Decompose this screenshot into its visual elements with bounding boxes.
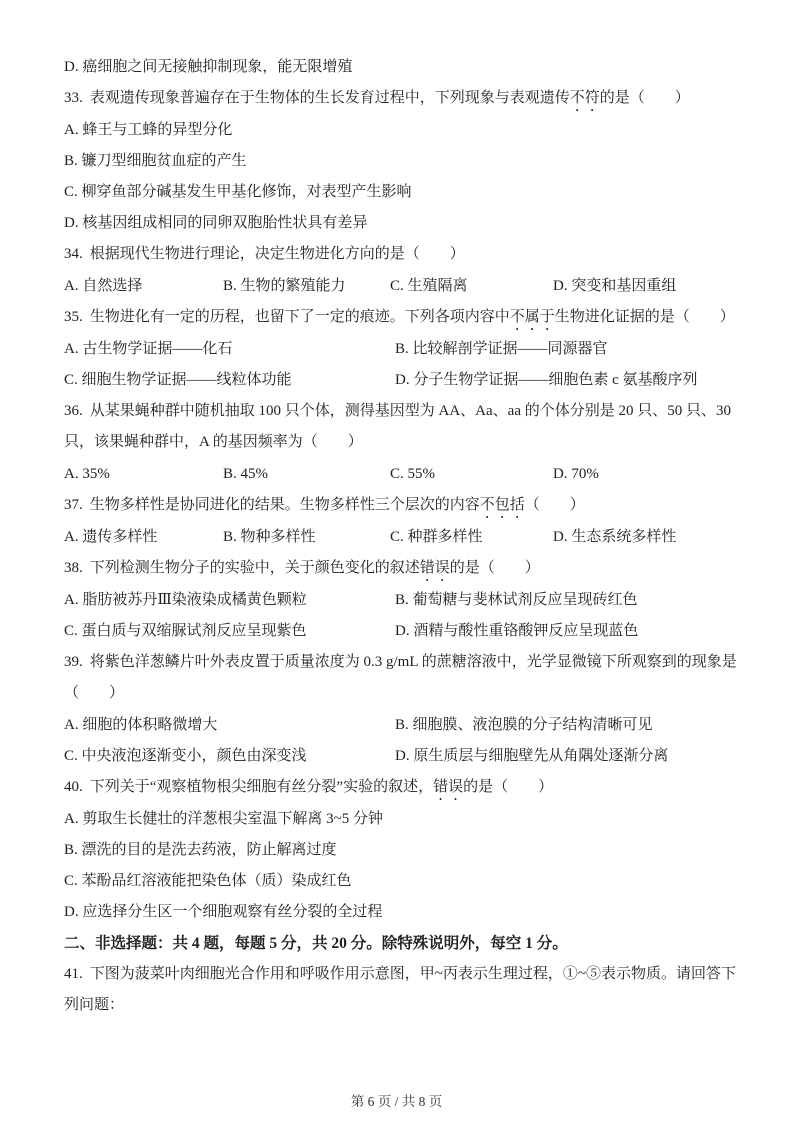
option-b: B. 漂洗的目的是洗去药液，防止解离过度 [64, 835, 740, 866]
question-number: 33. [64, 90, 83, 106]
options: A. 35% B. 45% C. 55% D. 70% [64, 459, 740, 490]
question-number: 40. [64, 779, 83, 795]
question-stem: 37.生物多样性是协同进化的结果。生物多样性三个层次的内容不包括（ ） [64, 490, 740, 522]
question-40: 40.下列关于“观察植物根尖细胞有丝分裂”实验的叙述，错误的是（ ） A. 剪取… [64, 772, 740, 928]
option-a: A. 遗传多样性 [64, 522, 223, 553]
option-d: D. 突变和基因重组 [553, 271, 740, 302]
option-a: A. 古生物学证据——化石 [64, 334, 395, 365]
question-number: 39. [64, 654, 83, 670]
question-number: 38. [64, 560, 83, 576]
stem-emphasis: 不属于 [510, 309, 555, 325]
question-number: 41. [64, 966, 83, 982]
option-c: C. 蛋白质与双缩脲试剂反应呈现紫色 [64, 616, 395, 647]
option-d: D. 应选择分生区一个细胞观察有丝分裂的全过程 [64, 897, 740, 928]
question-number: 37. [64, 497, 83, 513]
carryover-option-d: D. 癌细胞之间无接触抑制现象，能无限增殖 [64, 52, 740, 83]
option-c: C. 种群多样性 [390, 522, 553, 553]
options: A. 细胞的体积略微增大 B. 细胞膜、液泡膜的分子结构清晰可见 C. 中央液泡… [64, 710, 740, 772]
question-number: 35. [64, 309, 83, 325]
option-a: A. 细胞的体积略微增大 [64, 710, 395, 741]
option-d: D. 酒精与酸性重铬酸钾反应呈现蓝色 [395, 616, 740, 647]
option-d: D. 生态系统多样性 [553, 522, 740, 553]
question-41: 41.下图为菠菜叶肉细胞光合作用和呼吸作用示意图，甲~丙表示生理过程，①~⑤表示… [64, 959, 740, 1021]
option-d: D. 原生质层与细胞壁先从角隅处逐渐分离 [395, 741, 740, 772]
stem-text: 将紫色洋葱鳞片叶外表皮置于质量浓度为 0.3 g/mL 的蔗糖溶液中，光学显微镜… [64, 654, 737, 701]
question-stem: 41.下图为菠菜叶肉细胞光合作用和呼吸作用示意图，甲~丙表示生理过程，①~⑤表示… [64, 959, 740, 1021]
stem-text: （ ） [525, 497, 585, 513]
question-stem: 38.下列检测生物分子的实验中，关于颜色变化的叙述错误的是（ ） [64, 553, 740, 585]
option-d: D. 核基因组成相同的同卵双胞胎性状具有差异 [64, 208, 740, 239]
question-stem: 40.下列关于“观察植物根尖细胞有丝分裂”实验的叙述，错误的是（ ） [64, 772, 740, 804]
option-a: A. 蜂王与工蜂的异型分化 [64, 115, 740, 146]
question-stem: 35.生物进化有一定的历程，也留下了一定的痕迹。下列各项内容中不属于生物进化证据… [64, 302, 740, 334]
section-header: 二、非选择题：共 4 题，每题 5 分，共 20 分。除特殊说明外，每空 1 分… [64, 928, 740, 959]
options: A. 自然选择 B. 生物的繁殖能力 C. 生殖隔离 D. 突变和基因重组 [64, 271, 740, 302]
stem-text: 表观遗传现象普遍存在于生物体的生长发育过程中，下列现象与表观遗传 [90, 90, 570, 106]
stem-text: 下图为菠菜叶肉细胞光合作用和呼吸作用示意图，甲~丙表示生理过程，①~⑤表示物质。… [64, 966, 736, 1013]
option-d: D. 分子生物学证据——细胞色素 c 氨基酸序列 [395, 365, 740, 396]
option-b: B. 葡萄糖与斐林试剂反应呈现砖红色 [395, 585, 740, 616]
question-stem: 36.从某果蝇种群中随机抽取 100 只个体，测得基因型为 AA、Aa、aa 的… [64, 396, 740, 459]
exam-page: D. 癌细胞之间无接触抑制现象，能无限增殖 33.表观遗传现象普遍存在于生物体的… [0, 0, 793, 1122]
option-c: C. 柳穿鱼部分碱基发生甲基化修饰，对表型产生影响 [64, 177, 740, 208]
stem-emphasis: 不包括 [480, 497, 525, 513]
question-38: 38.下列检测生物分子的实验中，关于颜色变化的叙述错误的是（ ） A. 脂肪被苏… [64, 553, 740, 647]
options: A. 剪取生长健壮的洋葱根尖室温下解离 3~5 分钟 B. 漂洗的目的是洗去药液… [64, 804, 740, 928]
stem-text: 从某果蝇种群中随机抽取 100 只个体，测得基因型为 AA、Aa、aa 的个体分… [64, 403, 731, 450]
option-c: C. 苯酚品红溶液能把染色体（质）染成红色 [64, 866, 740, 897]
option-b: B. 比较解剖学证据——同源器官 [395, 334, 740, 365]
question-stem: 39.将紫色洋葱鳞片叶外表皮置于质量浓度为 0.3 g/mL 的蔗糖溶液中，光学… [64, 647, 740, 710]
option-b: B. 细胞膜、液泡膜的分子结构清晰可见 [395, 710, 740, 741]
stem-emphasis: 错误 [433, 779, 463, 795]
question-34: 34.根据现代生物进行理论，决定生物进化方向的是（ ） A. 自然选择 B. 生… [64, 239, 740, 302]
option-c: C. 55% [390, 459, 553, 490]
option-b: B. 45% [223, 459, 390, 490]
option-b: B. 物种多样性 [223, 522, 390, 553]
stem-text: 根据现代生物进行理论，决定生物进化方向的是（ ） [90, 246, 465, 262]
option-a: A. 35% [64, 459, 223, 490]
question-number: 34. [64, 246, 83, 262]
question-number: 36. [64, 403, 83, 419]
options: A. 古生物学证据——化石 B. 比较解剖学证据——同源器官 C. 细胞生物学证… [64, 334, 740, 396]
stem-text: 生物进化有一定的历程，也留下了一定的痕迹。下列各项内容中 [90, 309, 510, 325]
stem-text: 下列关于“观察植物根尖细胞有丝分裂”实验的叙述， [90, 779, 433, 795]
question-36: 36.从某果蝇种群中随机抽取 100 只个体，测得基因型为 AA、Aa、aa 的… [64, 396, 740, 490]
question-39: 39.将紫色洋葱鳞片叶外表皮置于质量浓度为 0.3 g/mL 的蔗糖溶液中，光学… [64, 647, 740, 772]
page-number-footer: 第 6 页 / 共 8 页 [0, 1090, 793, 1110]
option-b: B. 镰刀型细胞贫血症的产生 [64, 146, 740, 177]
option-c: C. 细胞生物学证据——线粒体功能 [64, 365, 395, 396]
page-content: D. 癌细胞之间无接触抑制现象，能无限增殖 33.表观遗传现象普遍存在于生物体的… [64, 52, 740, 1021]
option-b: B. 生物的繁殖能力 [223, 271, 390, 302]
stem-text: 的是（ ） [600, 90, 690, 106]
options: A. 蜂王与工蜂的异型分化 B. 镰刀型细胞贫血症的产生 C. 柳穿鱼部分碱基发… [64, 115, 740, 239]
stem-text: 下列检测生物分子的实验中，关于颜色变化的叙述 [90, 560, 420, 576]
question-stem: 33.表观遗传现象普遍存在于生物体的生长发育过程中，下列现象与表观遗传不符的是（… [64, 83, 740, 115]
option-c: C. 生殖隔离 [390, 271, 553, 302]
stem-emphasis: 错误 [420, 560, 450, 576]
question-35: 35.生物进化有一定的历程，也留下了一定的痕迹。下列各项内容中不属于生物进化证据… [64, 302, 740, 396]
stem-text: 的是（ ） [463, 779, 553, 795]
option-c: C. 中央液泡逐渐变小，颜色由深变浅 [64, 741, 395, 772]
option-a: A. 脂肪被苏丹Ⅲ染液染成橘黄色颗粒 [64, 585, 395, 616]
stem-text: 生物进化证据的是（ ） [555, 309, 735, 325]
options: A. 遗传多样性 B. 物种多样性 C. 种群多样性 D. 生态系统多样性 [64, 522, 740, 553]
stem-text: 生物多样性是协同进化的结果。生物多样性三个层次的内容 [90, 497, 480, 513]
stem-emphasis: 不符 [570, 90, 600, 106]
question-37: 37.生物多样性是协同进化的结果。生物多样性三个层次的内容不包括（ ） A. 遗… [64, 490, 740, 553]
question-stem: 34.根据现代生物进行理论，决定生物进化方向的是（ ） [64, 239, 740, 271]
stem-text: 的是（ ） [450, 560, 540, 576]
option-d: D. 70% [553, 459, 740, 490]
question-33: 33.表观遗传现象普遍存在于生物体的生长发育过程中，下列现象与表观遗传不符的是（… [64, 83, 740, 239]
option-a: A. 剪取生长健壮的洋葱根尖室温下解离 3~5 分钟 [64, 804, 740, 835]
option-a: A. 自然选择 [64, 271, 223, 302]
options: A. 脂肪被苏丹Ⅲ染液染成橘黄色颗粒 B. 葡萄糖与斐林试剂反应呈现砖红色 C.… [64, 585, 740, 647]
